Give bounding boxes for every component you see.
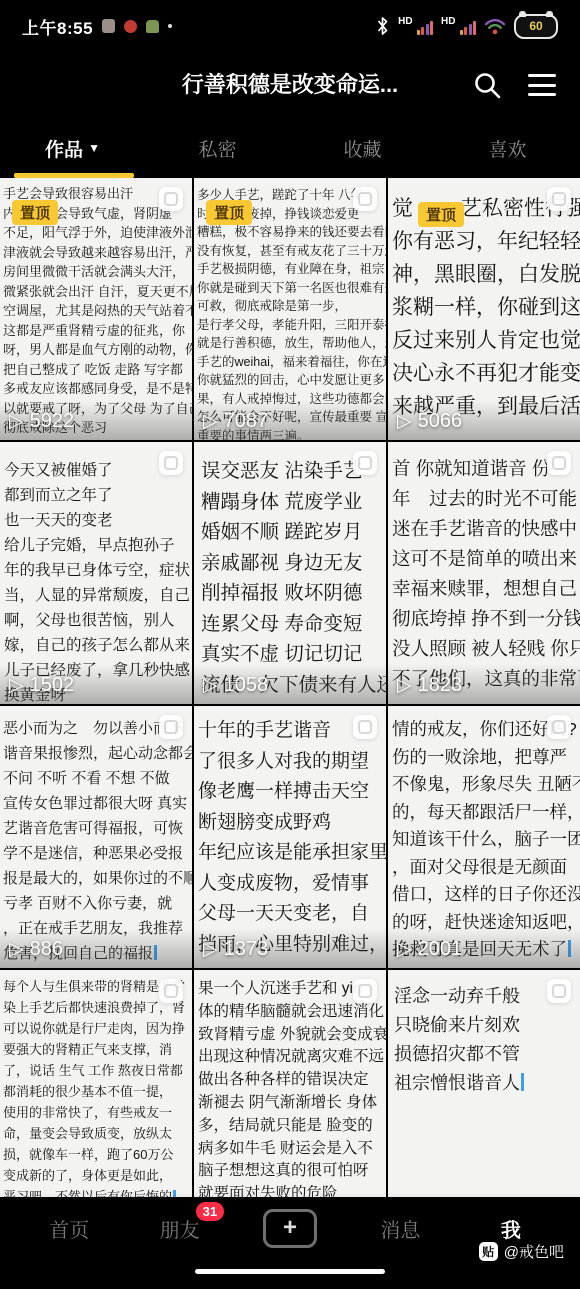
play-icon: ▷	[203, 938, 218, 961]
battery-icon: 60	[514, 14, 558, 39]
post-text-line: 像老鹰一样搏击天空	[198, 777, 386, 808]
post-text-line: 反过来别人肯定也觉	[392, 324, 580, 357]
play-icon: ▷	[397, 410, 412, 433]
post-text-line: 都消耗的很少基本不值一提，	[3, 1081, 192, 1102]
play-count-value: 886	[30, 938, 63, 961]
sim2-signal-icon: HD	[441, 17, 476, 35]
post-text-line: 婚姻不顺 蹉跎岁月	[201, 517, 386, 548]
nav-item-1[interactable]: 首页	[14, 1214, 124, 1243]
pinned-badge: 置顶	[418, 202, 464, 227]
post-text-line: 了很多人对我的期望	[198, 747, 386, 778]
post-text-line: 津液就会导致越来越容易出汗，严	[3, 243, 192, 263]
sim1-signal-icon: HD	[398, 17, 433, 35]
post-text-line: 病多如牛毛 财运会是入不	[198, 1138, 386, 1161]
post-text-line: 给儿子完婚，早点抱孙子	[4, 533, 192, 558]
photo-post-icon	[159, 187, 183, 211]
play-icon: ▷	[203, 410, 218, 433]
text-cursor	[521, 1073, 524, 1091]
nav-item-label: 首页	[49, 1220, 89, 1242]
post-text-line: 把自己整成了 吃饭 走路 写字都	[3, 360, 192, 380]
profile-header: 行善积德是改变命运...	[0, 62, 580, 110]
post-text-line: 损，就像车一样，跑了60万公	[3, 1144, 192, 1165]
home-indicator[interactable]	[195, 1269, 385, 1274]
tab-1[interactable]: 作品▼	[0, 118, 145, 178]
play-count-value: 7087	[224, 410, 269, 433]
post-text-line: 不足，阳气浮于外，迫使津液外泄	[3, 223, 192, 243]
hd-label: HD	[398, 17, 412, 27]
works-grid: 置顶手艺会导致很容易出汗内精流失会导致气虚，肾阴虚不足，阳气浮于外，迫使津液外泄…	[0, 178, 580, 1232]
post-text-line: 迷在手艺谐音的快感中	[392, 514, 580, 544]
tab-3[interactable]: 收藏	[290, 118, 435, 178]
post-text-line: 幸福来赎罪，想想自己	[392, 574, 580, 604]
post-text-line: 真实不虚 切记切记	[201, 639, 386, 670]
photo-post-icon	[547, 979, 571, 1003]
post-text-line: 手艺的weihai，福来着福往，你在这	[197, 353, 386, 372]
post-text-line: 手艺极损阴德，有业障在身，祖宗	[197, 260, 386, 279]
play-icon: ▷	[9, 410, 24, 433]
video-cell[interactable]: 今天又被催婚了都到而立之年了也一天天的变老给儿子完婚，早点抱孙子年的我早已身体亏…	[0, 442, 192, 704]
notification-dot-icon	[168, 24, 172, 28]
photo-post-icon	[353, 187, 377, 211]
play-icon: ▷	[203, 674, 218, 697]
post-text: 觉 艺私密性行强你有恶习，年纪轻轻神，黑眼圈，白发脱浆糊一样，你碰到这反过来别人…	[388, 178, 580, 423]
post-text-line: 不像鬼，形象尽失 丑陋不	[392, 771, 580, 799]
post-text-line: 神，黑眼圈，白发脱	[392, 258, 580, 291]
post-text-line: 亏孝 百财不入你亏妻，就	[3, 891, 192, 916]
profile-tabs: 作品▼私密收藏喜欢	[0, 118, 580, 178]
video-cell[interactable]: 置顶手艺会导致很容易出汗内精流失会导致气虚，肾阴虚不足，阳气浮于外，迫使津液外泄…	[0, 178, 192, 440]
play-icon: ▷	[9, 674, 24, 697]
post-text-line: 变成新的了，身体更是如此，	[3, 1165, 192, 1186]
unread-count-badge: 31	[196, 1202, 224, 1221]
post-text-line: 年纪应该是能承担家里	[198, 838, 386, 869]
post-text: 误交恶友 沾染手艺糟蹋身体 荒废学业婚姻不顺 蹉跎岁月亲戚鄙视 身边无友削掉福报…	[194, 442, 386, 700]
play-count: ▷5922	[9, 410, 74, 433]
post-text-line: 没人照顾 被人轻贱 你只	[392, 634, 580, 664]
post-text-line: 都到而立之年了	[4, 483, 192, 508]
post-text-line: 出现这种情况就离灾难不远	[198, 1046, 386, 1069]
battery-level: 60	[529, 19, 542, 33]
post-text-line: 使用的非常快了，有些戒友一	[3, 1102, 192, 1123]
post-text-line: 谐音果报惨烈，起心动念都会	[3, 741, 192, 766]
post-text-line: 断翅膀变成野鸡	[198, 808, 386, 839]
video-cell[interactable]: 十年的手艺谐音了很多人对我的期望像老鹰一样搏击天空断翅膀变成野鸡年纪应该是能承担…	[194, 706, 386, 968]
post-text-line: 父母一天天变老，自	[198, 899, 386, 930]
post-text-line: ，面对父母很是无颜面	[392, 854, 580, 882]
status-bar: 上午8:55 HD HD 60	[0, 0, 580, 52]
post-text-line: 决心永不再犯才能变	[392, 357, 580, 390]
post-text-line: 你就猛烈的回击，心中发愿让更多	[197, 371, 386, 390]
post-text-line: 体的精华脑髓就会迅速消化	[198, 1001, 386, 1024]
photo-post-icon	[159, 715, 183, 739]
post-text-line: 你有恶习，年纪轻轻	[392, 225, 580, 258]
post-text-line: 损德招灾都不管	[394, 1040, 580, 1069]
create-post-button[interactable]: +	[235, 1209, 345, 1248]
nav-item-5[interactable]: 我	[456, 1214, 566, 1243]
post-text-line: 命，量变会导致质变，放纵太	[3, 1123, 192, 1144]
post-text-line: 微紧张就会出汗 自汗，夏天更不用	[3, 282, 192, 302]
text-cursor	[154, 945, 157, 960]
pinned-badge: 置顶	[206, 200, 252, 225]
play-count-value: 1058	[224, 674, 269, 697]
play-count: ▷1373	[203, 938, 268, 961]
plus-icon: +	[263, 1209, 317, 1248]
video-cell[interactable]: 置顶多少人手艺，蹉跎了十年 八年时间已经废掉，挣钱谈恋爱更糟糕，极不容易挣来的钱…	[194, 178, 386, 440]
post-text-line: 没有恢复，甚至有戒友花了三十万还	[197, 242, 386, 261]
post-text-line: 年 过去的时光不可能	[392, 484, 580, 514]
post-text-line: 糟蹋身体 荒废学业	[201, 487, 386, 518]
nav-item-label: 朋友	[160, 1220, 200, 1242]
post-text-line: 削掉福报 败坏阴德	[201, 578, 386, 609]
post-text-line: 房间里微微干活就会满头大汗，	[3, 262, 192, 282]
post-text: 情的戒友，你们还好吗?伤的一败涂地，把尊严不像鬼，形象尽失 丑陋不的，每天都跟活…	[388, 706, 580, 964]
video-cell[interactable]: 情的戒友，你们还好吗?伤的一败涂地，把尊严不像鬼，形象尽失 丑陋不的，每天都跟活…	[388, 706, 580, 968]
tieba-icon: 贴	[479, 1242, 498, 1261]
tab-2[interactable]: 私密	[145, 118, 290, 178]
post-text-line: 学不是迷信，种恶果必受报	[3, 841, 192, 866]
play-icon: ▷	[9, 938, 24, 961]
post-text-line: 致肾精亏虚 外貌就会变成衰	[198, 1024, 386, 1047]
tab-label: 收藏	[343, 135, 381, 162]
tab-label: 喜欢	[488, 135, 526, 162]
post-text-line: 祖宗憎恨谐音人	[394, 1069, 580, 1098]
post-text-line: 也一天天的变老	[4, 508, 192, 533]
pinned-badge: 置顶	[12, 200, 58, 225]
play-icon: ▷	[397, 674, 412, 697]
search-icon[interactable]	[472, 70, 502, 100]
post-text-line: 就是行善积德，放生，帮助他人，最	[197, 334, 386, 353]
nav-item-label: 消息	[380, 1220, 420, 1242]
post-text-line: 空调屋，尤其是闷热的天气站着不	[3, 301, 192, 321]
post-text-line: 渐褪去 阴气渐渐增长 身体	[198, 1092, 386, 1115]
bottom-nav-bar: 首页朋友31+消息我 贴 @戒色吧	[0, 1197, 580, 1289]
video-cell[interactable]: 置顶觉 艺私密性行强你有恶习，年纪轻轻神，黑眼圈，白发脱浆糊一样，你碰到这反过来…	[388, 178, 580, 440]
post-text-line: 了，说话 生气 工作 熬夜日常都	[3, 1060, 192, 1081]
play-count-value: 1373	[224, 938, 269, 961]
video-cell[interactable]: 误交恶友 沾染手艺糟蹋身体 荒废学业婚姻不顺 蹉跎岁月亲戚鄙视 身边无友削掉福报…	[194, 442, 386, 704]
play-count: ▷2001	[397, 938, 462, 961]
photo-post-icon	[159, 451, 183, 475]
play-count: ▷5066	[397, 410, 462, 433]
photo-post-icon	[353, 979, 377, 1003]
post-text-line: 糟糕，极不容易挣来的钱还要去看医	[197, 223, 386, 242]
photo-post-icon	[353, 451, 377, 475]
post-text-line: 这都是严重肾精亏虚的征兆，你	[3, 321, 192, 341]
tab-label: 作品	[45, 135, 83, 162]
post-text-line: 这可不是简单的喷出来	[392, 544, 580, 574]
watermark: 贴 @戒色吧	[479, 1241, 564, 1262]
tab-label: 私密	[198, 135, 236, 162]
nav-item-label: 我	[501, 1220, 521, 1242]
post-text-line: 啊，父母也很苦恼，别人	[4, 608, 192, 633]
play-count-value: 1502	[30, 674, 75, 697]
clock: 上午8:55	[22, 14, 93, 39]
post-text-line: 做出各种各样的错误决定	[198, 1069, 386, 1092]
play-count: ▷886	[9, 938, 63, 961]
photo-post-icon	[159, 979, 183, 1003]
play-count: ▷1502	[9, 674, 74, 697]
play-count-value: 1823	[418, 674, 463, 697]
chevron-down-icon: ▼	[88, 141, 100, 155]
text-cursor	[568, 940, 571, 958]
post-text-line: 报是最大的，如果你过的不顺	[3, 866, 192, 891]
post-text-line: 只晓偷来片刻欢	[394, 1011, 580, 1040]
play-count-value: 2001	[418, 938, 463, 961]
post-text-line: 连累父母 寿命变短	[201, 609, 386, 640]
post-text-line: 亲戚鄙视 身边无友	[201, 548, 386, 579]
post-text-line: 多戒友应该都感同身受，是不是特	[3, 379, 192, 399]
play-icon: ▷	[397, 938, 412, 961]
play-count: ▷7087	[203, 410, 268, 433]
post-text-line: 呀，男人都是血气方刚的动物，你	[3, 340, 192, 360]
nav-item-4[interactable]: 消息	[345, 1214, 455, 1243]
post-text-line: 知道该干什么，脑子一团	[392, 826, 580, 854]
watermark-handle: @戒色吧	[504, 1241, 564, 1262]
video-cell[interactable]: 淫念一动弃千般只晓偷来片刻欢损德招灾都不管祖宗憎恨谐音人	[388, 970, 580, 1232]
play-count-value: 5922	[30, 410, 75, 433]
post-text: 今天又被催婚了都到而立之年了也一天天的变老给儿子完婚，早点抱孙子年的我早已身体亏…	[0, 442, 192, 704]
play-count: ▷1058	[203, 674, 268, 697]
post-text-line: 嫁，自己的孩子怎么都从来	[4, 633, 192, 658]
nav-item-2[interactable]: 朋友31	[124, 1214, 234, 1243]
post-text-line: 果，有人戒掉悔过，这些功德都会回	[197, 390, 386, 409]
post-text-line: 浆糊一样，你碰到这	[392, 291, 580, 324]
post-text-line: 你就是碰到天下第一名医也很难有效	[197, 279, 386, 298]
app-screen: 上午8:55 HD HD 60	[0, 0, 580, 1289]
notification-icon	[102, 19, 115, 33]
photo-post-icon	[547, 187, 571, 211]
post-text-line: 当，人显的异常颓废，自己	[4, 583, 192, 608]
play-count: ▷1823	[397, 674, 462, 697]
post-text-line: 彻底垮掉 挣不到一分钱	[392, 604, 580, 634]
post-text-line: 宣传女色罪过都很大呀 真实	[3, 791, 192, 816]
post-text-line: 多，结局就只能是 脸变的	[198, 1115, 386, 1138]
play-count-value: 5066	[418, 410, 463, 433]
notification-icon	[146, 20, 159, 33]
post-text-line: 可以说你就是行尸走肉，因为挣	[3, 1018, 192, 1039]
hd-label: HD	[441, 17, 455, 27]
post-text-line: 借口，这样的日子你还没	[392, 881, 580, 909]
post-text: 首 你就知道谐音 份年 过去的时光不可能迷在手艺谐音的快感中这可不是简单的喷出来…	[388, 442, 580, 694]
post-text-line: 是行孝父母，孝能升阳，三阳开泰提	[197, 316, 386, 335]
photo-post-icon	[353, 715, 377, 739]
video-cell[interactable]: 每个人与生俱来带的肾精是非常染上手艺后都快速浪费掉了，肾可以说你就是行尸走肉，因…	[0, 970, 192, 1232]
post-text-line: 的，每天都跟活尸一样，	[392, 799, 580, 827]
post-text-line: 艺谐音危害可得福报，可恢	[3, 816, 192, 841]
post-text-line: 人变成废物，爱情事	[198, 869, 386, 900]
post-text-line: 脑子想想这真的很可怕呀	[198, 1160, 386, 1183]
post-text: 果一个人沉迷手艺和 yin体的精华脑髓就会迅速消化致肾精亏虚 外貌就会变成衰出现…	[194, 970, 386, 1206]
video-cell[interactable]: 果一个人沉迷手艺和 yin体的精华脑髓就会迅速消化致肾精亏虚 外貌就会变成衰出现…	[194, 970, 386, 1232]
tab-4[interactable]: 喜欢	[435, 118, 580, 178]
wifi-icon	[484, 17, 506, 35]
notification-icon	[124, 20, 137, 33]
menu-icon[interactable]	[528, 74, 556, 96]
post-text: 每个人与生俱来带的肾精是非常染上手艺后都快速浪费掉了，肾可以说你就是行尸走肉，因…	[0, 970, 192, 1207]
video-cell[interactable]: 恶小而为之 勿以善小而不谐音果报惨烈，起心动念都会不问 不听 不看 不想 不做宣…	[0, 706, 192, 968]
post-text: 十年的手艺谐音了很多人对我的期望像老鹰一样搏击天空断翅膀变成野鸡年纪应该是能承担…	[194, 706, 386, 960]
video-cell[interactable]: 首 你就知道谐音 份年 过去的时光不可能迷在手艺谐音的快感中这可不是简单的喷出来…	[388, 442, 580, 704]
post-text-line: 不问 不听 不看 不想 不做	[3, 766, 192, 791]
post-text-line: 要强大的肾精正气来支撑，消	[3, 1039, 192, 1060]
post-text-line: 的呀，赶快迷途知返吧，	[392, 909, 580, 937]
post-text-line: 年的我早已身体亏空，症状	[4, 558, 192, 583]
photo-post-icon	[547, 715, 571, 739]
post-text-line: 伤的一败涂地，把尊严	[392, 744, 580, 772]
post-text: 恶小而为之 勿以善小而不谐音果报惨烈，起心动念都会不问 不听 不看 不想 不做宣…	[0, 706, 192, 966]
photo-post-icon	[547, 451, 571, 475]
bluetooth-icon	[375, 16, 390, 36]
post-text-line: 可救，彻底戒除是第一步，	[197, 297, 386, 316]
